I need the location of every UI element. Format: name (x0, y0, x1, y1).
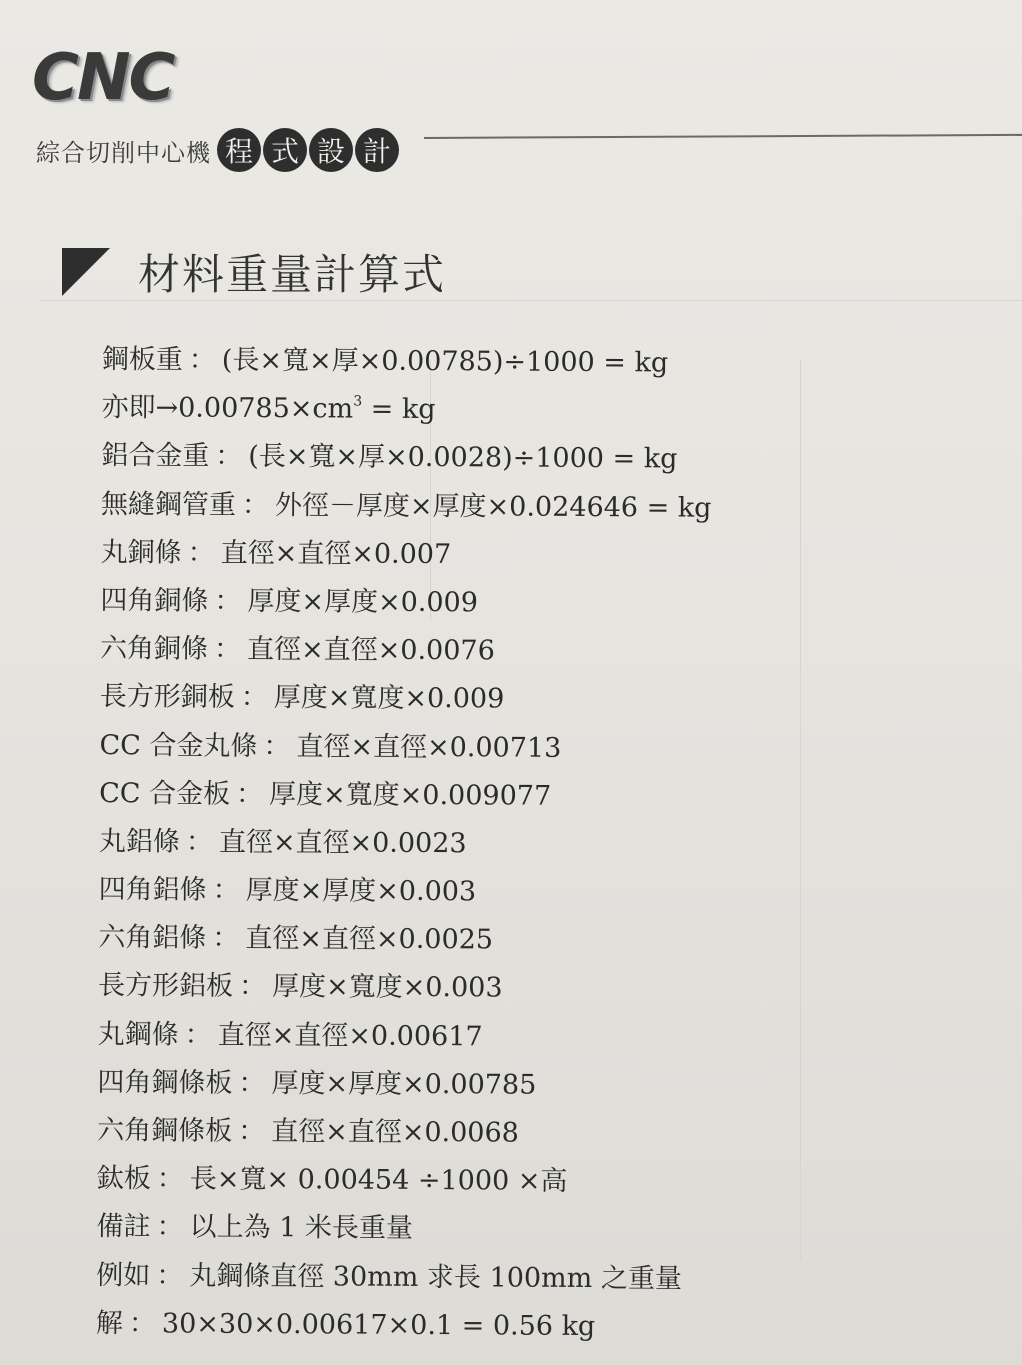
colon: ： (156, 1212, 183, 1243)
formula-titanium-plate: 鈦板：長×寬× 0.00454 ÷1000 ×高 (97, 1155, 817, 1208)
colon: ： (239, 971, 266, 1002)
badge-char: 式 (263, 128, 307, 172)
badge-char: 設 (309, 128, 353, 172)
formula-list: 鋼板重：(長×寬×厚×0.00785)÷1000 = kg 亦即→0.00785… (96, 336, 822, 1352)
formula-label: 四角鋼條板 (97, 1067, 232, 1099)
formula-hex-copper: 六角銅條：直徑×直徑×0.0076 (100, 625, 820, 678)
colon: ： (263, 730, 290, 761)
colon: ： (188, 537, 215, 568)
formula-seamless-pipe: 無縫鋼管重：外徑－厚度×厚度×0.024646 = kg (101, 481, 821, 534)
formula-round-aluminum: 丸鋁條：直徑×直徑×0.0023 (99, 818, 819, 871)
colon: ： (186, 826, 213, 857)
formula-expr: 直徑×直徑×0.0076 (247, 634, 495, 667)
formula-label: 長方形銅板 (100, 681, 235, 713)
formula-equivalent: 亦即→0.00785×cm3 = kg (101, 384, 821, 437)
formula-expr: 長×寬× 0.00454 ÷1000 ×高 (190, 1164, 568, 1197)
section-title: 材料重量計算式 (138, 242, 446, 302)
formula-expr: 30×30×0.00617×0.1 = 0.56 kg (162, 1308, 595, 1342)
formula-steel-plate: 鋼板重：(長×寬×厚×0.00785)÷1000 = kg (102, 336, 822, 389)
colon: ： (157, 1164, 184, 1195)
formula-expr: (長×寬×厚×0.00785)÷1000 = kg (222, 345, 669, 379)
formula-label: 六角鋁條 (98, 922, 206, 954)
formula-label: 四角銅條 (100, 585, 208, 617)
solution-line: 解：30×30×0.00617×0.1 = 0.56 kg (96, 1300, 816, 1353)
formula-label: 鋼板重 (102, 344, 183, 375)
cnc-logo: CNC (32, 46, 174, 110)
formula-rect-aluminum-plate: 長方形鋁板：厚度×寬度×0.003 (98, 962, 818, 1015)
formula-cc-alloy-plate: CC 合金板：厚度×寬度×0.009077 (99, 770, 819, 823)
formula-expr: 直徑×直徑×0.0023 (219, 827, 467, 860)
superscript: 3 (353, 394, 362, 410)
formula-expr: 丸鋼條直徑 30mm 求長 100mm 之重量 (189, 1260, 682, 1294)
formula-expr: 亦即→0.00785×cm (101, 392, 353, 425)
colon: ： (214, 586, 241, 617)
formula-label: 丸銅條 (101, 537, 182, 568)
formula-rect-copper-plate: 長方形銅板：厚度×寬度×0.009 (100, 673, 820, 726)
badge-char: 程 (217, 128, 261, 172)
formula-expr: 厚度×厚度×0.003 (246, 875, 477, 907)
colon: ： (156, 1260, 183, 1291)
formula-label: 備註 (96, 1211, 150, 1242)
formula-square-steel: 四角鋼條板：厚度×厚度×0.00785 (97, 1059, 817, 1112)
formula-expr: = kg (362, 394, 436, 425)
formula-label: 四角鋁條 (99, 874, 207, 906)
formula-label: 無縫鋼管重 (101, 489, 236, 521)
formula-round-steel: 丸鋼條：直徑×直徑×0.00617 (98, 1011, 818, 1064)
book-subtitle: 綜合切削中心機 (36, 133, 211, 168)
formula-label: 鈦板 (97, 1163, 151, 1194)
formula-square-aluminum: 四角鋁條：厚度×厚度×0.003 (98, 866, 818, 919)
colon: ： (185, 1019, 212, 1050)
formula-expr: 厚度×寬度×0.003 (272, 971, 503, 1003)
colon: ： (213, 875, 240, 906)
formula-label: 丸鋼條 (98, 1019, 179, 1050)
formula-label: 例如 (96, 1260, 150, 1291)
colon: ： (215, 441, 242, 472)
formula-label: 長方形鋁板 (98, 970, 233, 1002)
book-subtitle-row: 綜合切削中心機 程 式 設 計 (36, 128, 399, 172)
formula-square-copper: 四角銅條：厚度×厚度×0.009 (100, 577, 820, 630)
formula-expr: 以上為 1 米長重量 (189, 1212, 413, 1244)
colon: ： (238, 1068, 265, 1099)
formula-expr: 厚度×厚度×0.009 (247, 586, 478, 618)
colon: ： (189, 345, 216, 376)
formula-expr: 直徑×直徑×0.0025 (245, 923, 493, 956)
formula-expr: 厚度×寬度×0.009077 (269, 779, 551, 812)
section-heading: 材料重量計算式 (62, 242, 446, 302)
formula-expr: 直徑×直徑×0.007 (221, 537, 452, 569)
formula-label: 丸鋁條 (99, 826, 180, 857)
formula-expr: 外徑－厚度×厚度×0.024646 = kg (275, 490, 712, 524)
formula-label: 解 (96, 1308, 123, 1339)
formula-expr: 直徑×直徑×0.0068 (271, 1116, 519, 1149)
colon: ： (236, 779, 263, 810)
colon: ： (212, 923, 239, 954)
formula-hex-aluminum: 六角鋁條：直徑×直徑×0.0025 (98, 914, 818, 967)
colon: ： (241, 682, 268, 713)
bleed-through-text (890, 245, 906, 268)
formula-round-copper: 丸銅條：直徑×直徑×0.007 (101, 529, 821, 582)
formula-label: 六角鋼條板 (97, 1115, 232, 1147)
badge-char: 計 (355, 128, 399, 172)
formula-label: 鋁合金重 (101, 440, 209, 472)
formula-hex-steel: 六角鋼條板：直徑×直徑×0.0068 (97, 1107, 817, 1160)
formula-expr: 厚度×寬度×0.009 (274, 682, 505, 714)
triangle-marker-icon (62, 248, 110, 296)
example-line: 例如：丸鋼條直徑 30mm 求長 100mm 之重量 (96, 1252, 816, 1305)
header-divider (424, 134, 1022, 139)
formula-aluminum-alloy: 鋁合金重：(長×寬×厚×0.0028)÷1000 = kg (101, 432, 821, 485)
formula-label: CC 合金板 (99, 778, 230, 810)
formula-cc-alloy-round: CC 合金丸條：直徑×直徑×0.00713 (99, 721, 819, 774)
colon: ： (242, 489, 269, 520)
note-line: 備註：以上為 1 米長重量 (96, 1203, 816, 1256)
formula-expr: 直徑×直徑×0.00617 (218, 1019, 483, 1052)
colon: ： (129, 1308, 156, 1339)
formula-label: CC 合金丸條 (99, 729, 257, 761)
formula-expr: 厚度×厚度×0.00785 (271, 1068, 536, 1101)
formula-expr: (長×寬×厚×0.0028)÷1000 = kg (248, 441, 677, 475)
formula-expr: 直徑×直徑×0.00713 (296, 731, 561, 764)
colon: ： (238, 1116, 265, 1147)
formula-label: 六角銅條 (100, 633, 208, 665)
colon: ： (214, 634, 241, 665)
